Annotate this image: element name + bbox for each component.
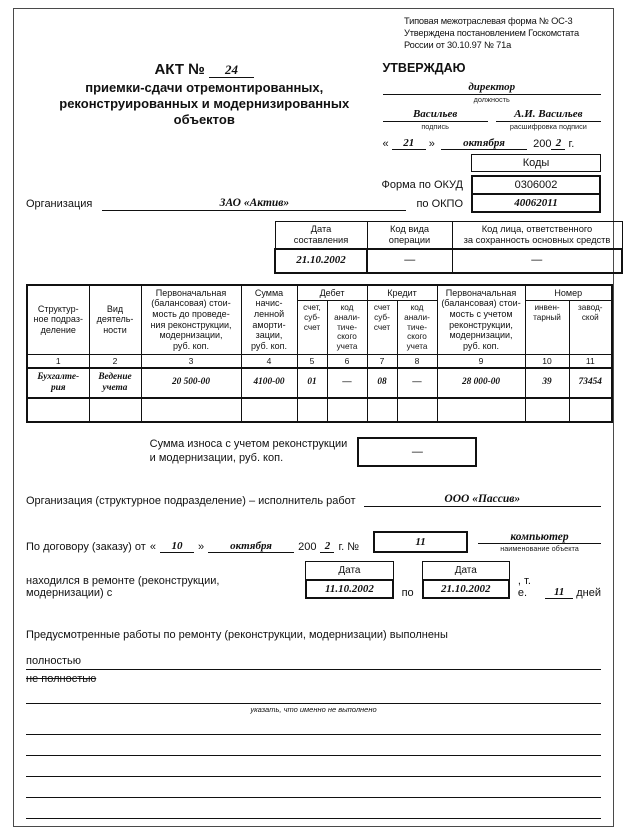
col-num-5: 5	[297, 354, 327, 368]
contract-number: 11	[373, 531, 468, 553]
col-num-2: 2	[89, 354, 141, 368]
approve-transcript-caption: расшифровка подписи	[496, 122, 601, 131]
col-header-subdivision: Структур- ное подраз- деление	[27, 285, 89, 354]
approve-signature-caption: подпись	[383, 122, 488, 131]
col-num-7: 7	[367, 354, 397, 368]
approve-position: директор	[383, 81, 602, 95]
col-header-credit-analytic: код анали- тиче- ского учета	[397, 301, 437, 354]
okud-label: Форма по ОКУД	[382, 179, 464, 191]
col-num-6: 6	[327, 354, 367, 368]
blank-line	[26, 756, 601, 777]
column-numbers-row: 1 2 3 4 5 6 7 8 9 10 11	[27, 354, 612, 368]
title-line2: реконструированных и модернизированных	[26, 96, 383, 112]
date-to-header: Дата	[422, 561, 510, 579]
info-header-person: Код лица, ответственного за сохранность …	[452, 222, 622, 249]
cell-credit-analytic: —	[397, 368, 437, 398]
form-meta-line1: Типовая межотраслевая форма № ОС-3	[404, 15, 601, 27]
act-number: 24	[209, 62, 254, 78]
title-line3: объектов	[26, 112, 383, 128]
col-num-11: 11	[569, 354, 612, 368]
col-num-8: 8	[397, 354, 437, 368]
repair-po: по	[402, 587, 414, 599]
repair-days: 11	[545, 586, 573, 599]
quote-open: «	[383, 138, 389, 150]
act-title: АКТ № 24 приемки-сдачи отремонтированных…	[26, 61, 383, 150]
contract-month: октября	[208, 540, 294, 553]
col-header-initial-cost-before: Первоначальная (балансовая) стои- мость …	[141, 285, 241, 354]
date-to-value: 21.10.2002	[422, 579, 510, 599]
col-num-9: 9	[437, 354, 525, 368]
form-meta-line2: Утверждена постановлением Госкомстата	[404, 27, 601, 39]
organization-value: ЗАО «Актив»	[102, 197, 406, 211]
cell-debit-account: 01	[297, 368, 327, 398]
option-fully: полностью	[26, 655, 601, 670]
col-group-number: Номер	[525, 285, 612, 301]
iznos-value: —	[357, 437, 477, 467]
date-from-value: 11.10.2002	[305, 579, 393, 599]
col-group-credit: Кредит	[367, 285, 437, 301]
cell-cost-after: 28 000-00	[437, 368, 525, 398]
quote-open: «	[150, 541, 156, 553]
approve-transcript: А.И. Васильев	[496, 108, 601, 122]
executor-label: Организация (структурное подразделение) …	[26, 495, 356, 507]
col-num-10: 10	[525, 354, 569, 368]
repair-days-unit: дней	[576, 587, 601, 599]
col-group-debit: Дебет	[297, 285, 367, 301]
okpo-value: 40062011	[471, 194, 601, 213]
approve-month: октября	[441, 137, 527, 150]
approve-day: 21	[392, 137, 426, 150]
info-header-operation: Код вида операции	[367, 222, 452, 249]
info-header-date: Дата составления	[275, 222, 367, 249]
approve-header: УТВЕРЖДАЮ	[383, 61, 602, 75]
quote-close: »	[429, 138, 435, 150]
blank-line	[26, 798, 601, 819]
approve-block: УТВЕРЖДАЮ директор должность Васильев по…	[383, 61, 602, 150]
cell-activity: Ведение учета	[89, 368, 141, 398]
cell-debit-analytic: —	[327, 368, 367, 398]
cell-factory-number: 73454	[569, 368, 612, 398]
approve-year: 2	[551, 137, 565, 150]
contract-day: 10	[160, 540, 194, 553]
cell-inventory-number: 39	[525, 368, 569, 398]
okpo-label: по ОКПО	[416, 198, 463, 210]
col-num-3: 3	[141, 354, 241, 368]
date-to-box: Дата 21.10.2002	[422, 561, 510, 599]
col-num-4: 4	[241, 354, 297, 368]
okud-value: 0306002	[471, 175, 601, 194]
info-value-date: 21.10.2002	[275, 249, 367, 273]
col-header-activity: Вид деятель- ности	[89, 285, 141, 354]
approve-position-caption: должность	[383, 95, 602, 104]
date-from-header: Дата	[305, 561, 393, 579]
blank-line-caption: указать, что именно не выполнено	[26, 705, 601, 714]
info-value-operation: —	[367, 249, 452, 273]
blank-line	[26, 714, 601, 735]
cell-credit-account: 08	[367, 368, 397, 398]
repair-label: находился в ремонте (реконструкции, моде…	[26, 575, 297, 599]
repair-suffix: , т. е.	[518, 575, 542, 599]
approve-signature: Васильев	[383, 108, 488, 122]
cell-amortization: 4100-00	[241, 368, 297, 398]
form-meta: Типовая межотраслевая форма № ОС-3 Утвер…	[404, 15, 601, 51]
option-not-fully: не полностью	[26, 673, 601, 685]
table-row: Бухгалте- рия Ведение учета 20 500-00 41…	[27, 368, 612, 398]
info-value-person: —	[452, 249, 622, 273]
cell-cost-before: 20 500-00	[141, 368, 241, 398]
contract-year: 2	[320, 540, 334, 553]
blank-line	[26, 735, 601, 756]
cell-subdivision: Бухгалте- рия	[27, 368, 89, 398]
col-header-inventory-number: инвен- тарный	[525, 301, 569, 354]
col-header-factory-number: завод- ской	[569, 301, 612, 354]
col-header-debit-analytic: код анали- тиче- ского учета	[327, 301, 367, 354]
codes-header: Коды	[471, 154, 601, 172]
act-label: АКТ №	[154, 61, 204, 78]
approve-year-unit: г.	[569, 138, 575, 150]
date-from-box: Дата 11.10.2002	[305, 561, 393, 599]
info-table: Дата составления Код вида операции Код л…	[274, 221, 623, 273]
object-name-caption: наименование объекта	[478, 544, 601, 553]
table-row-empty	[27, 398, 612, 422]
works-line: Предусмотренные работы по ремонту (рекон…	[26, 629, 601, 641]
blank-line	[26, 687, 601, 704]
contract-year-unit: г. №	[338, 541, 359, 553]
organization-label: Организация	[26, 198, 92, 210]
form-page: Типовая межотраслевая форма № ОС-3 Утвер…	[13, 8, 614, 827]
col-num-1: 1	[27, 354, 89, 368]
executor-value: ООО «Пассив»	[364, 493, 601, 507]
main-table: Структур- ное подраз- деление Вид деятел…	[26, 284, 613, 423]
quote-close: »	[198, 541, 204, 553]
col-header-amortization: Сумма начис- ленной аморти- зации, руб. …	[241, 285, 297, 354]
contract-year-prefix: 200	[298, 541, 316, 553]
iznos-label: Сумма износа с учетом реконструкции и мо…	[150, 438, 348, 466]
object-name: компьютер	[478, 531, 601, 544]
col-header-debit-account: счет, суб- счет	[297, 301, 327, 354]
col-header-credit-account: счет суб- счет	[367, 301, 397, 354]
contract-label: По договору (заказу) от	[26, 541, 146, 553]
title-line1: приемки-сдачи отремонтированных,	[26, 80, 383, 96]
form-meta-line3: России от 30.10.97 № 71а	[404, 39, 601, 51]
blank-line	[26, 777, 601, 798]
approve-date: « 21 » октября 200 2 г.	[383, 137, 602, 150]
col-header-initial-cost-after: Первоначальная (балансовая) стои- мость …	[437, 285, 525, 354]
approve-year-prefix: 200	[533, 138, 551, 150]
